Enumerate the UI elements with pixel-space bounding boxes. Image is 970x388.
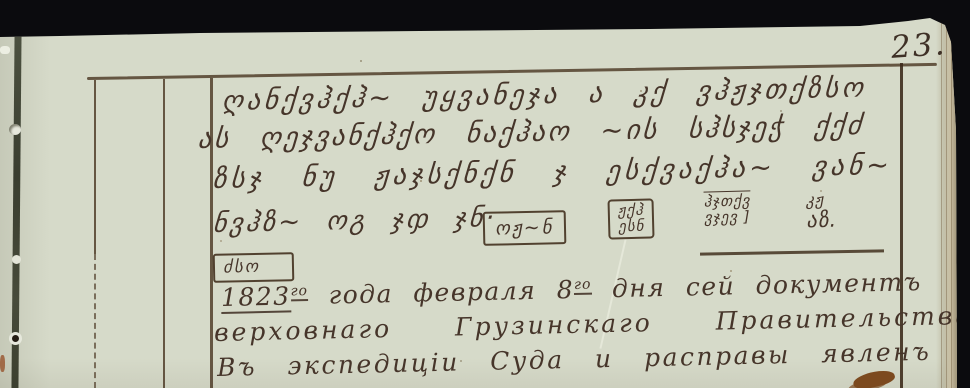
group-4-bottom: აზ. [806, 208, 837, 231]
paper-notch [0, 46, 10, 54]
georgian-boxed-word-2: ჟქჰ ესნ [607, 198, 654, 239]
year-suffix: го [290, 283, 308, 301]
stacked-page-edges [936, 16, 958, 388]
page-edge-line [941, 20, 942, 388]
ruled-line-vertical-1 [94, 80, 96, 254]
ruled-line-vertical-1-dashed [94, 254, 96, 388]
ruled-line-vertical-2 [163, 79, 165, 388]
binding-stitch-hole [12, 255, 21, 264]
group-4-top: კჟ [805, 192, 824, 209]
georgian-stacked-group-4: კჟ აზ. [805, 192, 837, 232]
boxed-word-2-bottom: ესნ [618, 218, 645, 234]
georgian-stacked-group-3: ჰჯთქვ ვჯევ ] [704, 193, 752, 226]
binding-stitch-hole [9, 124, 21, 135]
georgian-boxed-word-5: ძსო [213, 252, 295, 283]
scanned-document-page: 23. ღანქვჰქჰ~ უყვანეჯა ა კქ ვჰჟჯთქზსო ას… [0, 0, 970, 388]
georgian-boxed-word-1: ოჟ~ნ [483, 210, 566, 246]
day-number: 8 [556, 275, 574, 304]
year-number: 1823 [221, 281, 291, 314]
paper-sheet: 23. ღანქვჰქჰ~ უყვანეჯა ა კქ ვჰჟჯთქზსო ას… [0, 0, 970, 388]
rust-mark [0, 355, 5, 372]
day-suffix: го [574, 277, 592, 295]
georgian-line-4-words: ნვჰზ~ ოგ ჯჶ ჯნ· [212, 203, 498, 239]
binding-stitch-hole [9, 332, 22, 345]
page-edge-line [951, 20, 952, 388]
group-3-bottom: ვჯევ ] [704, 209, 751, 226]
page-edge-line [946, 20, 947, 388]
page-number: 23. [890, 26, 948, 66]
russian-line-1-middle: года февраля [308, 275, 557, 310]
